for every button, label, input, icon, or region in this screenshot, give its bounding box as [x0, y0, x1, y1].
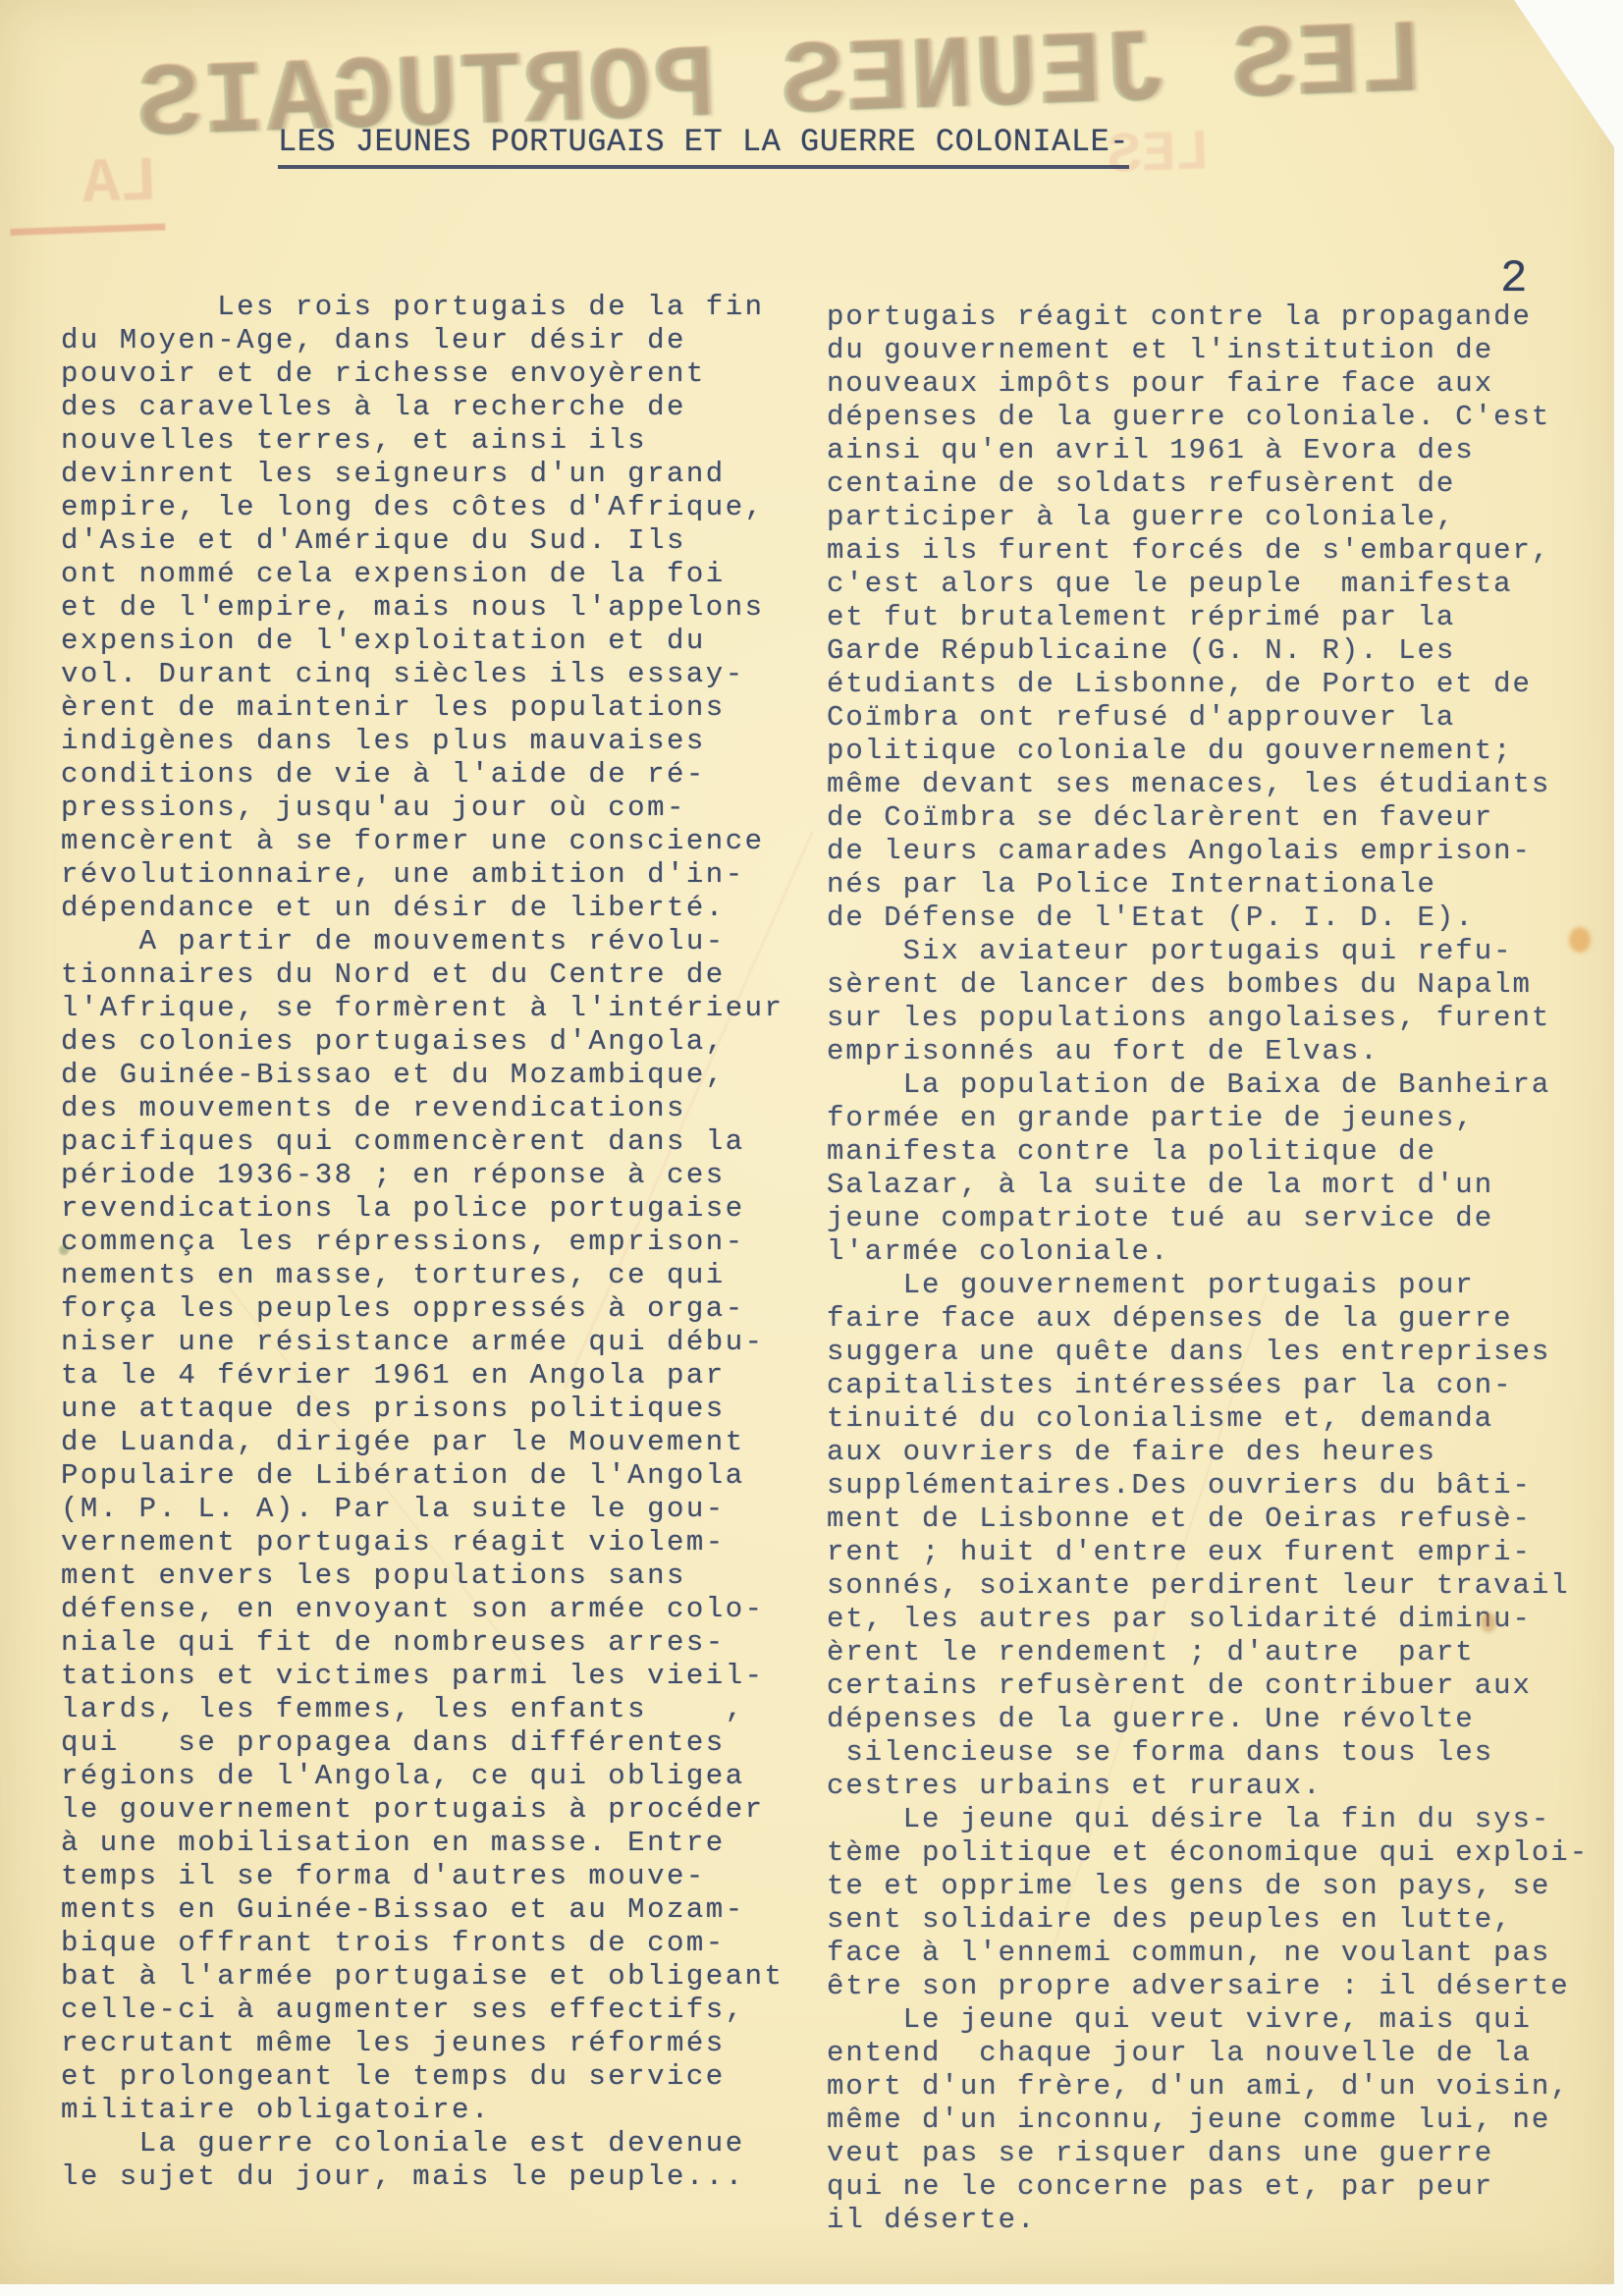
ghost-fragment-left: LA — [81, 148, 159, 222]
document-page: LES JEUNES PORTUGAIS LA LES LES JEUNES P… — [0, 0, 1616, 2284]
bleed-through-header: LES JEUNES PORTUGAIS — [103, 3, 1429, 226]
page-title: LES JEUNES PORTUGAIS ET LA GUERRE COLONI… — [278, 124, 1129, 169]
text-column-right: portugais réagit contre la propagande du… — [827, 301, 1589, 2237]
text-column-left: Les rois portugais de la fin du Moyen-Ag… — [61, 291, 784, 2194]
page-number: 2 — [1500, 253, 1528, 304]
